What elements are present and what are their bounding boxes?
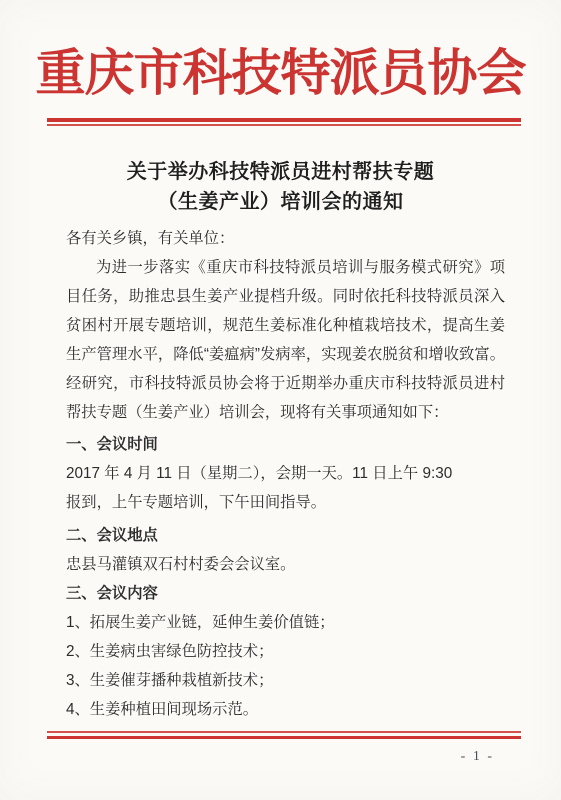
agenda-item-1: 1、拓展生姜产业链，延伸生姜价值链； <box>66 608 505 637</box>
intro-paragraph: 为进一步落实《重庆市科技特派员培训与服务模式研究》项目任务，助推忠县生姜产业提档… <box>66 253 505 427</box>
letterhead-divider <box>47 118 521 126</box>
notice-document: 重庆市科技特派员协会 关于举办科技特派员进村帮扶专题 （生姜产业）培训会的通知 … <box>0 0 561 800</box>
letterhead-divider-thick-line <box>47 118 521 122</box>
agenda-item-4: 4、生姜种植田间现场示范。 <box>66 695 505 724</box>
letterhead-divider-thin-line <box>47 124 521 126</box>
footer-divider-thick-line <box>47 736 521 740</box>
section-heading-meeting-time: 一、会议时间 <box>66 430 505 459</box>
meeting-time-line-2: 报到，上午专题培训，下午田间指导。 <box>66 488 505 517</box>
letterhead-org-name: 重庆市科技特派员协会 <box>0 46 561 101</box>
footer-divider-thin-line <box>47 731 521 733</box>
agenda-item-3: 3、生姜催芽播种栽植新技术； <box>66 666 505 695</box>
meeting-place-line: 忠县马灌镇双石村村委会会议室。 <box>66 550 505 579</box>
section-heading-meeting-place: 二、会议地点 <box>66 521 505 550</box>
notice-title-line-1: 关于举办科技特派员进村帮扶专题 <box>0 157 561 187</box>
section-meeting-time: 一、会议时间 2017 年 4 月 11 日（星期二），会期一天。11 日上午 … <box>66 430 505 517</box>
section-meeting-content: 三、会议内容 1、拓展生姜产业链，延伸生姜价值链； 2、生姜病虫害绿色防控技术；… <box>66 579 505 724</box>
section-heading-meeting-content: 三、会议内容 <box>66 579 505 608</box>
agenda-item-2: 2、生姜病虫害绿色防控技术； <box>66 637 505 666</box>
notice-body: 各有关乡镇，有关单位： 为进一步落实《重庆市科技特派员培训与服务模式研究》项目任… <box>66 224 505 724</box>
salutation: 各有关乡镇，有关单位： <box>66 224 505 253</box>
notice-title-line-2: （生姜产业）培训会的通知 <box>0 187 561 217</box>
meeting-time-line-1: 2017 年 4 月 11 日（星期二），会期一天。11 日上午 9:30 <box>66 459 505 488</box>
footer-divider <box>47 731 521 739</box>
page-number: - 1 - <box>461 749 494 765</box>
section-meeting-place: 二、会议地点 忠县马灌镇双石村村委会会议室。 <box>66 521 505 579</box>
notice-title: 关于举办科技特派员进村帮扶专题 （生姜产业）培训会的通知 <box>0 157 561 217</box>
